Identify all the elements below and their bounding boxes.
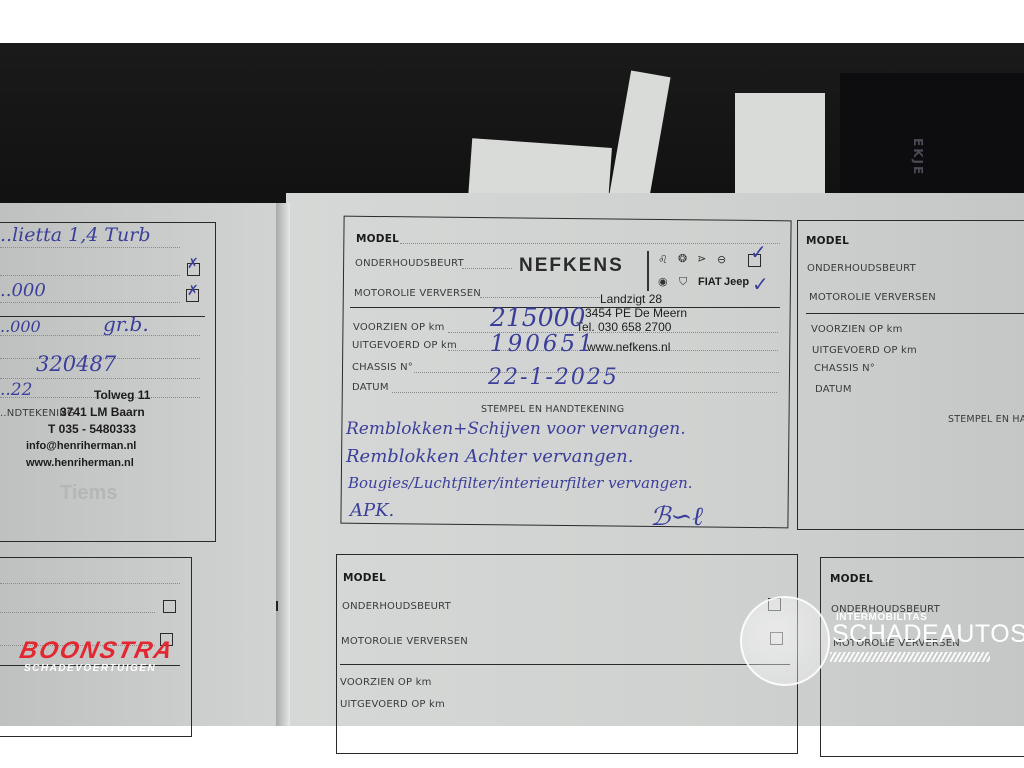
handwritten-done-km: 190651 (490, 331, 596, 357)
handwritten-note-1: Remblokken+Schijven voor vervangen. (346, 419, 686, 439)
stamp-phone: T 035 - 5480333 (48, 422, 136, 436)
planned-km-label: VOORZIEN OP km (340, 677, 432, 688)
stamp-signature-label: STEMPEL EN HA (948, 414, 1024, 425)
schadeautos-logo: SCHADEAUTOS.NL (832, 620, 1024, 649)
stamp-website: www.henriherman.nl (26, 457, 134, 469)
nefkens-logo: NEFKENS (519, 255, 624, 277)
model-label: MODEL (343, 572, 386, 584)
model-label: MODEL (806, 235, 849, 247)
done-km-label: UITGEVOERD OP km (352, 340, 457, 351)
planned-km-label: VOORZIEN OP km (811, 324, 903, 335)
stamp-city: 3741 LM Baarn (60, 405, 145, 419)
chassis-label: CHASSIS N° (352, 362, 413, 373)
done-km-label: UITGEVOERD OP km (812, 345, 917, 356)
service-check-mark: ✓ (750, 240, 767, 264)
divider (340, 664, 790, 665)
service-checkbox[interactable] (163, 600, 176, 613)
boonstra-logo: BOONSTRA (17, 637, 176, 665)
service-label: ONDERHOUDSBEURT (355, 258, 464, 269)
handwritten-date: 22-1-2025 (488, 365, 619, 390)
handwritten-note-2: Remblokken Achter vervangen. (346, 446, 633, 467)
cover-text: EKJE (911, 138, 925, 176)
handwritten-done-km: 320487 (36, 352, 116, 376)
planned-km-label: VOORZIEN OP km (353, 322, 445, 333)
abarth-icon: ⛉ (679, 275, 687, 289)
signature: ℬ∽ℓ (650, 502, 703, 532)
divider (400, 243, 780, 244)
model-label: MODEL (830, 573, 873, 585)
divider (0, 247, 180, 248)
peugeot-icon: ♌ (658, 253, 668, 266)
stamp-city: 3454 PE De Meern (585, 306, 687, 320)
check-mark: ✗ (187, 283, 199, 299)
chassis-label: CHASSIS N° (814, 363, 875, 374)
handwritten-note: gr.b. (103, 312, 149, 336)
divider (392, 392, 777, 393)
booklet-gutter (276, 203, 290, 726)
divider (806, 313, 1024, 314)
oil-check-mark: ✓ (752, 272, 769, 296)
service-label: ONDERHOUDSBEURT (807, 263, 916, 274)
stamp-email: info@henriherman.nl (26, 440, 136, 452)
date-label: DATUM (352, 382, 389, 393)
divider (0, 275, 180, 276)
handwritten-note-4: APK. (350, 500, 394, 521)
model-label: MODEL (356, 233, 399, 245)
fiat-icon: FIAT (698, 276, 722, 288)
booklet-cover (840, 73, 1024, 198)
handwritten-planned-km: 215000 (490, 303, 585, 332)
handwritten-date: ..22 (0, 380, 32, 400)
watermark-stripes (830, 652, 990, 662)
opel-icon: ⊖ (717, 253, 726, 266)
alfa-romeo-icon: ◉ (658, 275, 668, 288)
stamp-signature-label: STEMPEL EN HANDTEKENING (481, 404, 624, 415)
boonstra-subtitle: SCHADEVOERTUIGEN (24, 663, 156, 674)
jeep-icon: Jeep (724, 276, 749, 288)
divider (480, 297, 600, 298)
check-mark: ✗ (187, 256, 199, 272)
oil-label: MOTOROLIE VERVERSEN (809, 292, 936, 303)
date-label: DATUM (815, 384, 852, 395)
handwritten-km: ..000 (0, 280, 46, 301)
center-service-card-2 (336, 554, 798, 754)
faded-text: Tiems (60, 482, 117, 505)
handwritten-note-3: Bougies/Luchtfilter/interieurfilter verv… (348, 474, 693, 492)
stamp-website: www.nefkens.nl (587, 340, 670, 354)
stamp-street: Landzigt 28 (600, 292, 662, 306)
ds-icon: ⋗ (697, 252, 706, 265)
oil-label: MOTOROLIE VERVERSEN (341, 636, 468, 647)
divider (0, 612, 155, 613)
stamp-street: Tolweg 11 (94, 388, 150, 402)
divider (0, 378, 200, 379)
pen-mark (276, 601, 278, 611)
divider (462, 268, 512, 269)
globe-icon (740, 596, 830, 686)
divider (0, 583, 180, 584)
done-km-label: UITGEVOERD OP km (340, 699, 445, 710)
paper-slip (735, 93, 825, 198)
handwritten-km: ..000 (0, 317, 41, 336)
oil-label: MOTOROLIE VERVERSEN (354, 288, 481, 299)
handwritten-model: ..lietta 1,4 Turb (0, 224, 151, 246)
stamp-separator (647, 251, 649, 291)
citroen-icon: ❂ (678, 252, 687, 265)
service-label: ONDERHOUDSBEURT (342, 601, 451, 612)
divider (0, 302, 180, 303)
